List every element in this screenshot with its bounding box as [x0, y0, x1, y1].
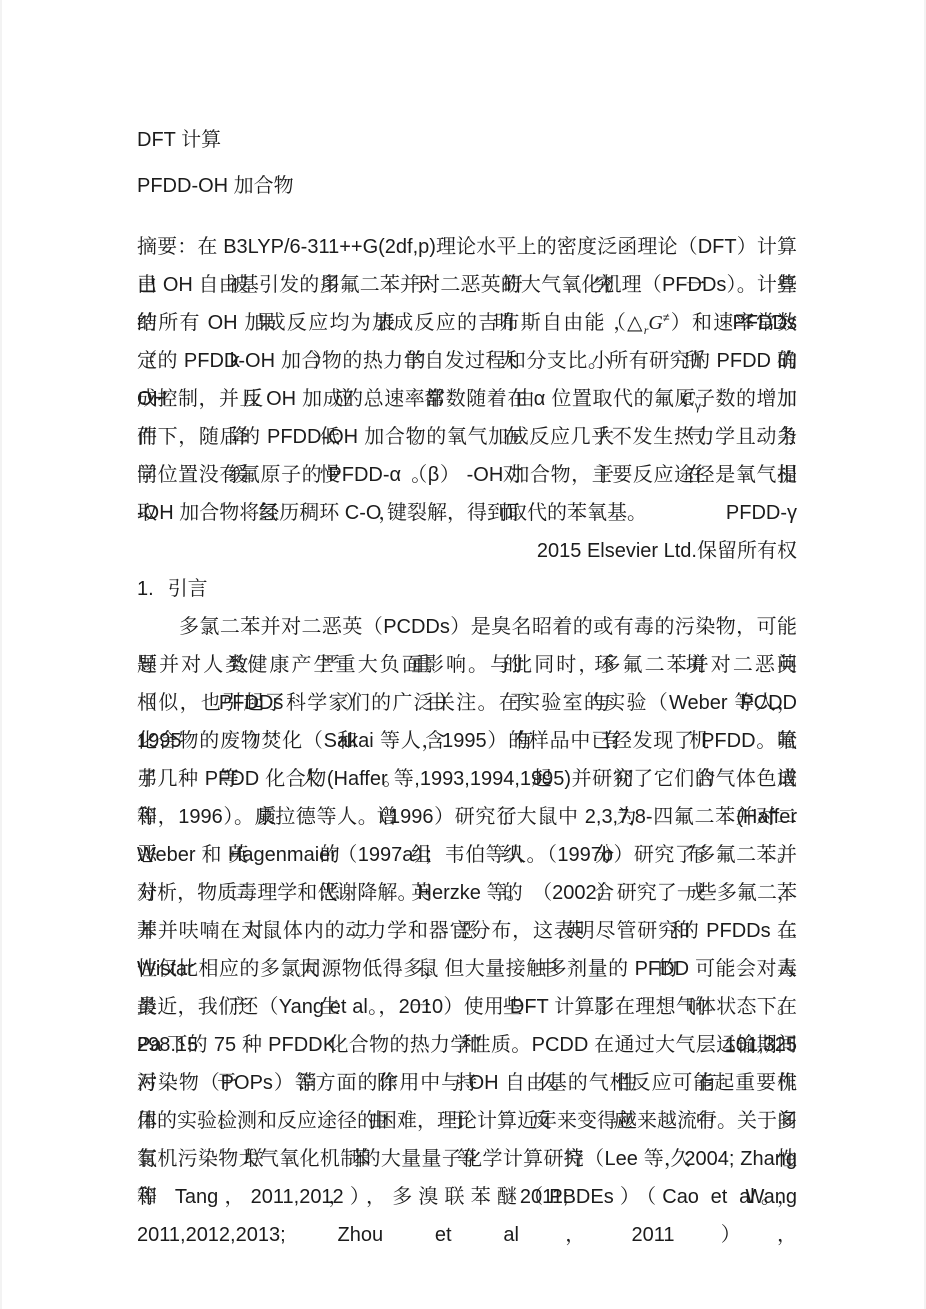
spacer	[137, 205, 797, 228]
document-content: DFT 计算 PFDD-OH 加合物 摘要：在 B3LYP/6-311++G(2…	[137, 121, 797, 1216]
section-label: 引言	[168, 578, 208, 600]
spacer	[137, 159, 797, 167]
intro-line-6: 等，1996）。康拉德等人。（1996）研究了大鼠中 2,3,7,8-四氟二苯并…	[137, 798, 797, 836]
abstract-line-4: 定的 PFDD-OH 加合物的热力学自发过程和分支比。所有研究的 PFDD 的 …	[137, 342, 797, 380]
abstract-line-7: 同位置没有氟原子的 PFDD-α （β） -OH 加合物，主要反应途径是氧气提取…	[137, 456, 797, 494]
section-heading-introduction: 1.引言	[137, 570, 797, 608]
abstract-line-1: 摘要：在 B3LYP/6-311++G(2df,p)理论水平上的密度泛函理论（D…	[137, 228, 797, 266]
intro-line-3: 相似，也引起了科学家们的广泛关注。在实验室的实验（Weber 等人，1995）和…	[137, 684, 797, 722]
intro-line-10: 性仅比相应的多氯同源物低得多，但大量接触多剂量的 PFDD 可能会对人类产生一些…	[137, 950, 797, 988]
abstract-line-6: 件下，随后的 PFDD-OH 加合物的氧气加成反应几乎不发生热力学且动力学缓慢。…	[137, 418, 797, 456]
intro-line-5: 了几种 PFDD 化合物(Haffer 等,1993,1994,1995)并研究…	[137, 760, 797, 798]
intro-line-14: 体的实验检测和反应途径的困难，理论计算近年来变得越来越流行。关于多氯联苯等持久性	[137, 1102, 797, 1140]
intro-line-16: 和 Tang，2011,2012），多溴联苯醚（PBDEs）（Cao et al…	[137, 1178, 797, 1216]
document-page: DFT 计算 PFDD-OH 加合物 摘要：在 B3LYP/6-311++G(2…	[0, 0, 926, 1309]
intro-line-12: Pa 下的 75 种 PFDD 化合物的热力学性质。PCDD 在通过大气层运输期…	[137, 1026, 797, 1064]
intro-line-9: 苯并呋喃在大鼠体内的动力学和器官分布，这表明尽管研究的 PFDDs 在 Wist…	[137, 912, 797, 950]
intro-line-4: 化合物的废物焚化（Sakai 等人，1995）的样品中已经发现了 PFDD。哈弗…	[137, 722, 797, 760]
doc-title-line-1: DFT 计算	[137, 121, 797, 159]
section-number: 1.	[137, 578, 154, 600]
intro-line-2: 题并对人类健康产生重大负面影响。与此同时，多氟二苯并对二恶英（PFDDs）由于与…	[137, 646, 797, 684]
intro-line-7: Weber 和 Hagenmaier（1997a）；韦伯等人。（1997b）研究…	[137, 836, 797, 874]
intro-line-11: 最近，我们还（Yang et al。，2010）使用 DFT 计算了在理想气体状…	[137, 988, 797, 1026]
doc-title-line-2: PFDD-OH 加合物	[137, 167, 797, 205]
copyright-line: 2015 Elsevier Ltd.保留所有权	[137, 532, 797, 570]
abstract-line-5: 成控制，并且 OH 加成的总速率常数随着在 α 位置取代的氟原子数的增加而降低。…	[137, 380, 797, 418]
intro-line-1: 多氯二苯并对二恶英（PCDDs）是臭名昭着的或有毒的污染物，可能导致严重的环境问	[137, 608, 797, 646]
abstract-line-2: 由 OH 自由基引发的多氟二苯并对二恶英的大气氧化机理（PFDDs）。计算结果表…	[137, 266, 797, 304]
intro-line-8: 分析，物质毒理学和代谢降解。Herzke 等。 （2002）研究了一些多氟二苯并…	[137, 874, 797, 912]
abstract-line-3: 的所有 OH 加成反应均为加成反应的吉布斯自由能（△rG≠）和速率常数（k）的大…	[137, 304, 797, 342]
intro-line-15: 有机污染物大气氧化机制的大量量子化学计算研究（Lee 等，2004; Zhang…	[137, 1140, 797, 1178]
intro-line-13: 污染物（POPs）等方面的作用中与 OH 自由基的气相反应可能起重要作用。 由于…	[137, 1064, 797, 1102]
